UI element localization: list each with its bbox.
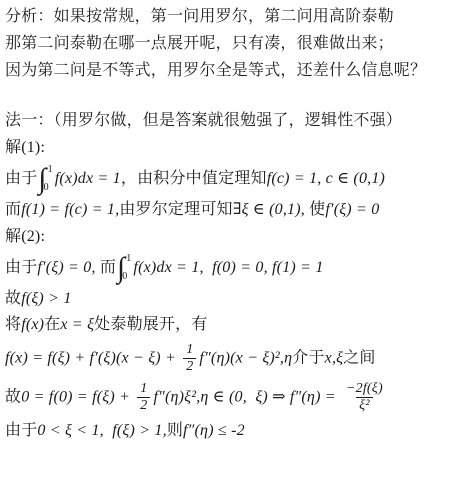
fraction: −2f(ξ)ξ²: [343, 381, 386, 414]
text-run: 由于: [5, 170, 37, 187]
text-run: 则: [167, 422, 183, 439]
fraction-numerator: 1: [183, 342, 196, 358]
text-run: ，由积分中值定理知: [121, 170, 267, 187]
math-run: f″(η)ξ²,η ∈ (0, ξ) ⇒ f″(η) =: [153, 389, 340, 406]
integral-upper-limit: 1: [48, 165, 53, 175]
integral-limits: 10: [124, 254, 129, 282]
formula-conclusion: 由于0 < ξ < 1, f(ξ) > 1,则f″(η) ≤ -2: [5, 421, 468, 442]
fraction-denominator: ξ²: [356, 397, 373, 414]
text-run: 因为第二问是不等式，用罗尔全是等式，还差什么信息呢？: [5, 62, 426, 79]
formula-taylor-expansion: f(x) = f(ξ) + f′(ξ)(x − ξ) + 12f″(η)(x −…: [5, 342, 468, 375]
math-run: x = ξ: [60, 316, 94, 333]
text-run: 处泰勒展开，有: [94, 316, 207, 333]
math-run: f(c) = 1, c ∈ (0,1): [267, 170, 385, 187]
text-run: 解(1):: [5, 139, 45, 156]
text-run: 由于: [5, 259, 37, 276]
fraction: 12: [137, 381, 150, 414]
method1-title: 法一：（用罗尔做，但是答案就很勉强了，逻辑性不强）: [5, 111, 468, 132]
math-run: f(x) = f(ξ) + f′(ξ)(x − ξ) +: [5, 349, 180, 366]
math-run: f″(η)(x − ξ)²,η: [199, 349, 292, 366]
formula-f-xi-greater-1: 故f(ξ) > 1: [5, 289, 468, 310]
math-run: f(x): [21, 316, 44, 333]
fraction-denominator: 2: [183, 358, 196, 375]
text-run: 使: [309, 201, 325, 218]
analysis-line-3: 因为第二问是不等式，用罗尔全是等式，还差什么信息呢？: [5, 61, 468, 82]
text-run: 那第二问泰勒在哪一点展开呢，只有凑，很难做出来；: [5, 35, 394, 52]
math-run: ∃ξ ∈ (0,1),: [233, 201, 309, 218]
fraction-denominator: 2: [137, 397, 150, 414]
text-run: 在: [44, 316, 60, 333]
math-run: f′(ξ) = 0,: [37, 259, 99, 276]
text-run: 之间: [343, 349, 375, 366]
text-run: 而: [5, 201, 21, 218]
math-solution-document: 分析：如果按常规，第一问用罗尔，第二问用高阶泰勒 那第二问泰勒在哪一点展开呢，只…: [0, 0, 470, 441]
text-run: 由于: [5, 422, 37, 439]
text-run: 将: [5, 316, 21, 333]
taylor-expansion-intro: 将f(x)在x = ξ处泰勒展开，有: [5, 315, 468, 336]
text-run: 故: [5, 389, 21, 406]
integral-sign: ∫10: [38, 165, 53, 194]
math-run: 0 = f(0) = f(ξ) +: [21, 389, 134, 406]
math-run: f(ξ) > 1: [21, 290, 71, 307]
integral-sign: ∫10: [117, 254, 132, 283]
integral-lower-limit: 0: [122, 272, 127, 282]
text-run: 而: [100, 259, 116, 276]
text-run: 由罗尔定理可知: [119, 201, 232, 218]
text-run: 介于: [292, 349, 324, 366]
text-run: 故: [5, 290, 21, 307]
solution2-label: 解(2):: [5, 227, 468, 248]
integral-limits: 10: [46, 165, 51, 193]
math-run: f(x)dx = 1: [55, 170, 121, 187]
analysis-line-2: 那第二问泰勒在哪一点展开呢，只有凑，很难做出来；: [5, 34, 468, 55]
text-run: 分析：如果按常规，第一问用罗尔，第二问用高阶泰勒: [5, 8, 394, 25]
solution1-label: 解(1):: [5, 138, 468, 159]
integral-upper-limit: 1: [126, 254, 131, 264]
formula-given-conditions: 由于f′(ξ) = 0, 而∫10f(x)dx = 1, f(0) = 0, f…: [5, 254, 468, 283]
fraction-numerator: −2f(ξ): [343, 381, 386, 397]
formula-rolle-theorem: 而f(1) = f(c) = 1,由罗尔定理可知∃ξ ∈ (0,1), 使f′(…: [5, 200, 468, 221]
math-run: x,ξ: [325, 349, 344, 366]
math-run: f′(ξ) = 0: [325, 201, 379, 218]
math-run: f(x)dx = 1, f(0) = 0, f(1) = 1: [133, 259, 323, 276]
text-run: 法一：（用罗尔做，但是答案就很勉强了，逻辑性不强）: [5, 112, 402, 129]
math-run: f″(η) ≤ -2: [183, 422, 245, 439]
math-run: 0 < ξ < 1, f(ξ) > 1,: [37, 422, 166, 439]
text-run: 解(2):: [5, 228, 45, 245]
math-run: f(1) = f(c) = 1,: [21, 201, 119, 218]
integral-lower-limit: 0: [44, 183, 49, 193]
fraction: 12: [183, 342, 196, 375]
formula-second-derivative: 故0 = f(0) = f(ξ) + 12f″(η)ξ²,η ∈ (0, ξ) …: [5, 381, 468, 414]
formula-integral-mean-value: 由于∫10f(x)dx = 1，由积分中值定理知f(c) = 1, c ∈ (0…: [5, 165, 468, 194]
analysis-line-1: 分析：如果按常规，第一问用罗尔，第二问用高阶泰勒: [5, 7, 468, 28]
fraction-numerator: 1: [137, 381, 150, 397]
